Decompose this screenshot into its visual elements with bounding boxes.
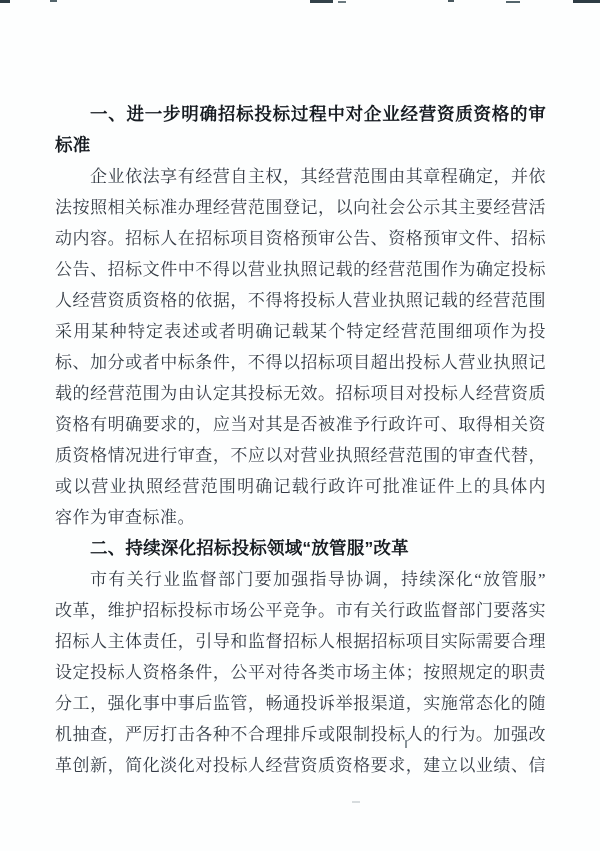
- scan-artifact: [310, 0, 333, 3]
- text-line: 质资格情况进行审查，不应以对营业执照经营范围的审查代替，: [55, 440, 546, 471]
- text-line: 改革，维护招标投标市场公平竞争。市有关行政监督部门要落实: [55, 595, 546, 626]
- text-line: 容作为审查标准。: [55, 502, 546, 533]
- text-line: 市有关行业监督部门要加强指导协调，持续深化“放管服”: [55, 564, 546, 595]
- scan-artifact: [50, 0, 57, 2]
- text-line: 革创新，简化淡化对投标人经营资质资格要求，建立以业绩、信: [55, 750, 546, 781]
- text-line: 企业依法享有经营自主权，其经营范围由其章程确定，并依: [55, 161, 546, 192]
- text-line: 动内容。招标人在招标项目资格预审公告、资格预审文件、招标: [55, 223, 546, 254]
- text-line: 设定投标人资格条件，公平对待各类市场主体；按照规定的职责: [55, 657, 546, 688]
- scan-artifact: [506, 1, 520, 3]
- scan-artifact: [573, 0, 600, 3]
- scan-artifact: [338, 1, 346, 3]
- document-page: 一、进一步明确招标投标过程中对企业经营资质资格的审查 标准 企业依法享有经营自主…: [0, 0, 600, 851]
- section-1-heading-line-1: 一、进一步明确招标投标过程中对企业经营资质资格的审查: [55, 99, 546, 130]
- text-line: 人经营资质资格的依据，不得将投标人营业执照记载的经营范围: [55, 285, 546, 316]
- text-line: 机抽查，严厉打击各种不合理排斥或限制投标人的行为。加强改: [55, 719, 546, 750]
- document-text: 一、进一步明确招标投标过程中对企业经营资质资格的审查 标准 企业依法享有经营自主…: [55, 99, 546, 781]
- text-line: 采用某种特定表述或者明确记载某个特定经营范围细项作为投: [55, 316, 546, 347]
- text-line: 分工，强化事中事后监管，畅通投诉举报渠道，实施常态化的随: [55, 688, 546, 719]
- text-line: 资格有明确要求的，应当对其是否被准予行政许可、取得相关资: [55, 409, 546, 440]
- scan-artifact: [448, 0, 454, 2]
- scan-artifact: [352, 801, 360, 803]
- text-line: 招标人主体责任，引导和监督招标人根据招标项目实际需要合理: [55, 626, 546, 657]
- text-line: 或以营业执照经营范围明确记载行政许可批准证件上的具体内: [55, 471, 546, 502]
- text-line: 公告、招标文件中不得以营业执照记载的经营范围作为确定投标: [55, 254, 546, 285]
- section-1-heading-line-2: 标准: [55, 130, 546, 161]
- text-line: 标、加分或者中标条件，不得以招标项目超出投标人营业执照记: [55, 347, 546, 378]
- text-line: 载的经营范围为由认定其投标无效。招标项目对投标人经营资质: [55, 378, 546, 409]
- scan-artifact: [0, 0, 10, 3]
- section-2-heading-line-1: 二、持续深化招标投标领域“放管服”改革: [55, 533, 546, 564]
- text-line: 法按照相关标准办理经营范围登记，以向社会公示其主要经营活: [55, 192, 546, 223]
